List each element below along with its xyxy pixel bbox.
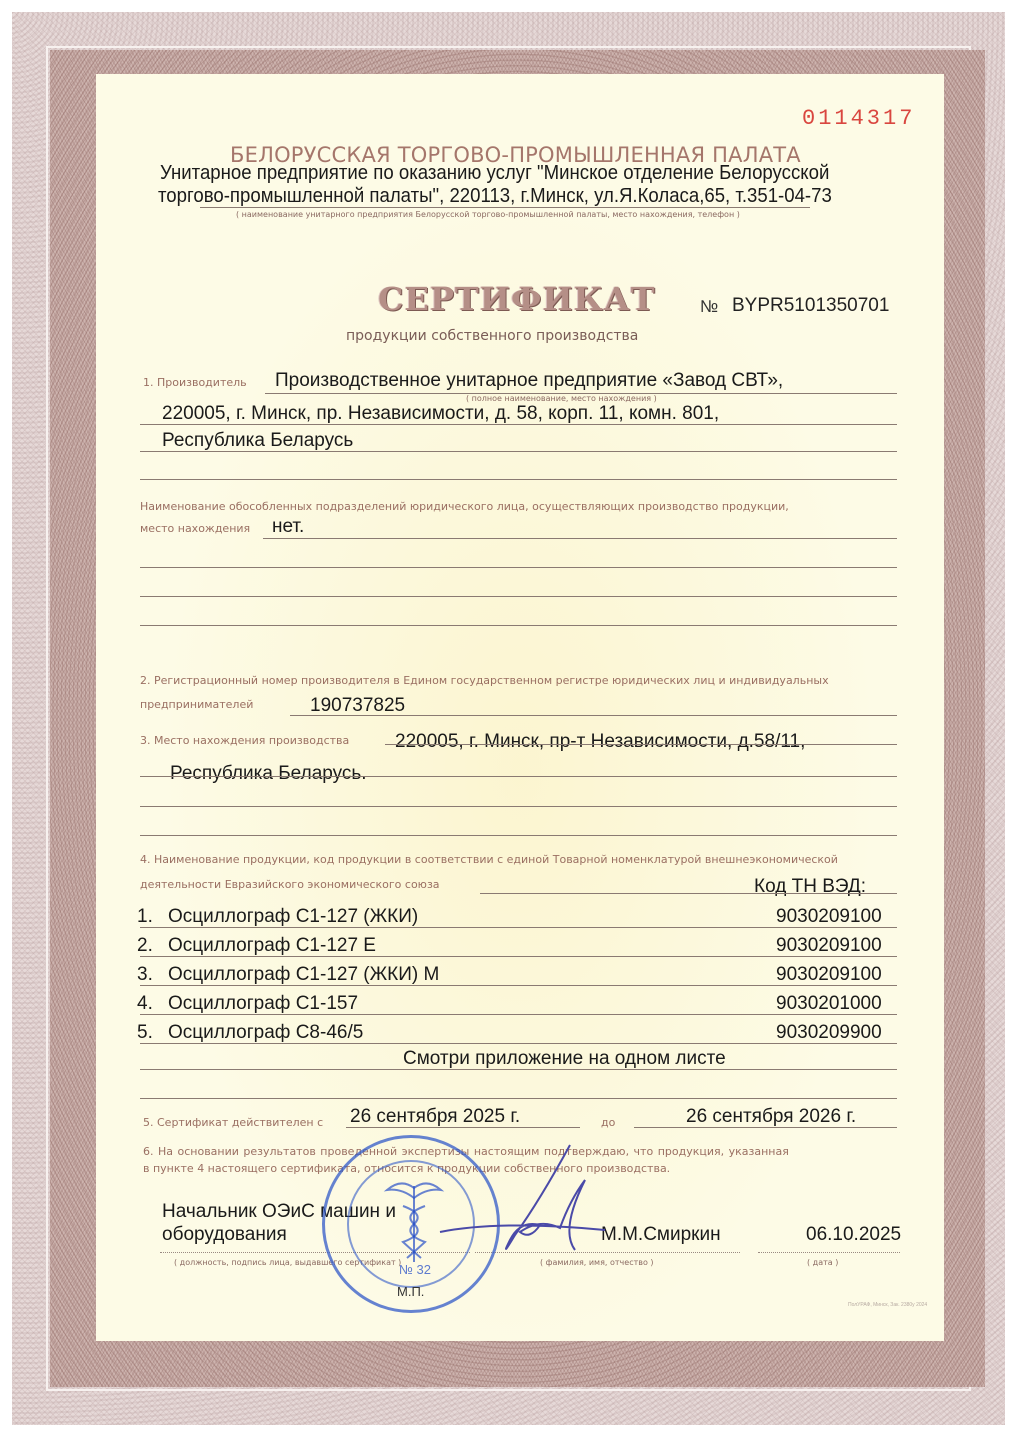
issuer-underline — [200, 207, 810, 208]
issuer-caption: ( наименование унитарного предприятия Бе… — [236, 210, 740, 219]
subdivisions-label-2: место нахождения — [140, 522, 250, 535]
certificate-subtitle: продукции собственного производства — [346, 328, 638, 344]
product-number: 2. — [137, 935, 153, 957]
production-site-label: 3. Место нахождения производства — [140, 734, 349, 747]
rule — [140, 1014, 897, 1015]
rule — [346, 1127, 580, 1128]
rule — [140, 985, 897, 986]
producer-name: Производственное унитарное предприятие «… — [275, 370, 783, 392]
rule — [480, 893, 897, 894]
products-label: 4. Наименование продукции, код продукции… — [140, 853, 838, 866]
rule — [140, 596, 897, 597]
certificate-title: СЕРТИФИКАТ — [378, 280, 656, 318]
rule — [140, 835, 897, 836]
print-info: ПолУРАФ, Минск, Зак. 2380у 2024 — [848, 1302, 927, 1308]
product-number: 4. — [137, 993, 153, 1015]
rule — [140, 776, 897, 777]
rule — [140, 1069, 897, 1070]
producer-label: 1. Производитель — [143, 376, 247, 389]
date-caption: ( дата ) — [807, 1258, 838, 1267]
product-name: Осциллограф С1-127 (ЖКИ) — [168, 906, 418, 928]
rule — [140, 956, 897, 957]
production-site-line-2: Республика Беларусь. — [170, 763, 367, 785]
producer-address: 220005, г. Минск, пр. Независимости, д. … — [162, 403, 719, 425]
rule — [385, 744, 897, 745]
product-code: 9030209900 — [776, 1022, 882, 1044]
rule — [140, 1043, 897, 1044]
rule — [140, 424, 897, 425]
rule — [290, 715, 897, 716]
rule — [140, 625, 897, 626]
rule — [634, 1127, 897, 1128]
subdivisions-label: Наименование обособленных подразделений … — [140, 500, 789, 513]
dotted-rule — [758, 1252, 900, 1253]
product-name: Осциллограф С1-127 Е — [168, 935, 376, 957]
registration-label: 2. Регистрационный номер производителя в… — [140, 674, 829, 687]
certificate-number: BYPR5101350701 — [732, 295, 889, 317]
product-number: 3. — [137, 964, 153, 986]
product-name: Осциллограф С1-157 — [168, 993, 358, 1015]
product-number: 5. — [137, 1022, 153, 1044]
issuer-line-1: Унитарное предприятие по оказанию услуг … — [160, 162, 829, 185]
valid-to: 26 сентября 2026 г. — [686, 1106, 856, 1128]
registration-number: 190737825 — [310, 695, 405, 717]
rule — [140, 927, 897, 928]
signer-position-2: оборудования — [162, 1224, 287, 1246]
appendix-note: Смотри приложение на одном листе — [403, 1048, 726, 1070]
product-code: 9030209100 — [776, 964, 882, 986]
rule — [140, 451, 897, 452]
rule — [140, 806, 897, 807]
product-code: 9030209100 — [776, 906, 882, 928]
signature-date: 06.10.2025 — [806, 1224, 901, 1246]
product-name: Осциллограф С1-127 (ЖКИ) М — [168, 964, 439, 986]
stamp-mp: М.П. — [397, 1284, 424, 1299]
serial-number: 0114317 — [802, 106, 915, 131]
handwritten-signature — [420, 1140, 620, 1280]
rule — [140, 1098, 897, 1099]
rule — [140, 567, 897, 568]
valid-to-label: до — [601, 1116, 615, 1129]
code-header: Код ТН ВЭД: — [754, 876, 866, 898]
production-site-line-1: 220005, г. Минск, пр-т Независимости, д.… — [395, 731, 805, 753]
validity-label: 5. Сертификат действителен с — [143, 1116, 323, 1129]
rule — [140, 479, 897, 480]
subdivisions-value: нет. — [272, 516, 304, 538]
issuer-line-2: торгово-промышленной палаты", 220113, г.… — [158, 185, 832, 208]
products-label-2: деятельности Евразийского экономического… — [140, 878, 440, 891]
product-code: 9030201000 — [776, 993, 882, 1015]
producer-caption: ( полное наименование, место нахождения … — [466, 394, 657, 403]
product-number: 1. — [137, 906, 153, 928]
product-name: Осциллограф С8-46/5 — [168, 1022, 363, 1044]
registration-label-2: предпринимателей — [140, 698, 253, 711]
producer-country: Республика Беларусь — [162, 430, 353, 452]
number-sign: № — [700, 297, 718, 317]
product-code: 9030209100 — [776, 935, 882, 957]
rule — [263, 538, 897, 539]
valid-from: 26 сентября 2025 г. — [350, 1106, 520, 1128]
